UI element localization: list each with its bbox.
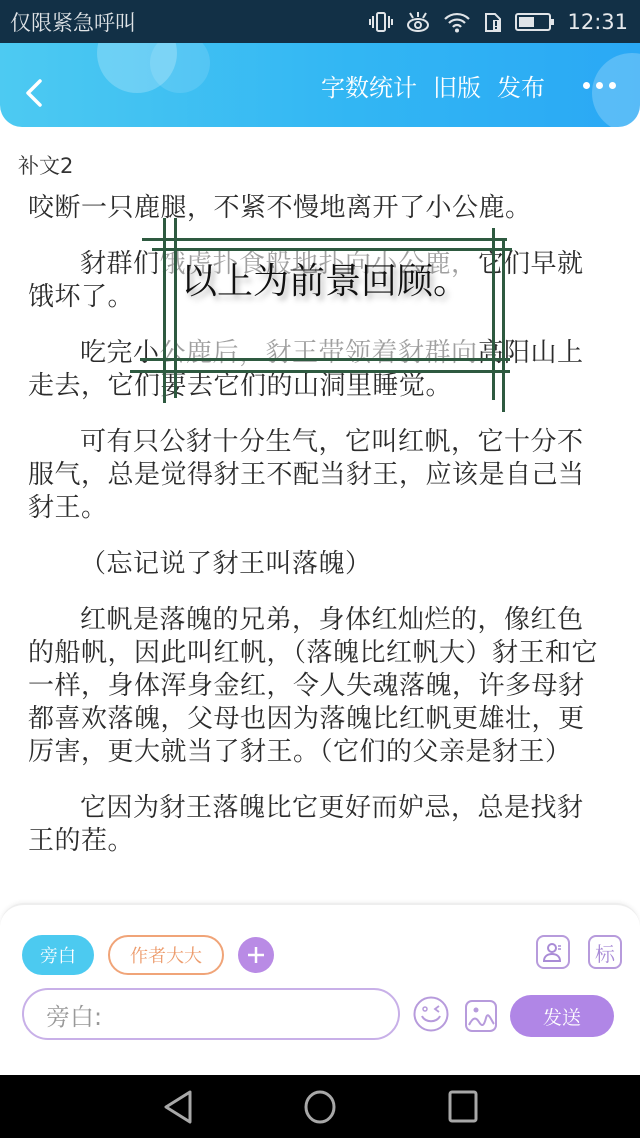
paragraph: 豺群们饿虎扑食般地扑向小公鹿，它们早就饿坏了。 <box>28 248 598 314</box>
chapter-content[interactable]: 咬断一只鹿腿，不紧不慢地离开了小公鹿。 豺群们饿虎扑食般地扑向小公鹿，它们早就饿… <box>28 190 598 902</box>
word-count-button[interactable]: 字数统计 <box>321 68 417 103</box>
status-icons: 12:31 <box>369 10 628 34</box>
header-actions: 字数统计 旧版 发布 <box>321 43 640 127</box>
carrier-text: 仅限紧急呼叫 <box>10 7 136 37</box>
role-selector: 旁白 作者大大 <box>22 935 274 975</box>
wifi-icon <box>443 11 471 33</box>
system-nav-bar <box>0 1075 640 1138</box>
add-role-button[interactable] <box>238 937 274 973</box>
role-chip-author[interactable]: 作者大大 <box>108 935 224 975</box>
tool-icons: 标 <box>536 935 622 969</box>
top-app-bar: 字数统计 旧版 发布 <box>0 43 640 127</box>
role-chip-narrator[interactable]: 旁白 <box>22 935 94 975</box>
send-button[interactable]: 发送 <box>510 995 614 1037</box>
dialogue-input[interactable]: 旁白: <box>22 988 400 1040</box>
paragraph: 红帆是落魄的兄弟，身体红灿烂的，像红色的船帆，因此叫红帆，（落魄比红帆大）豺王和… <box>28 604 598 769</box>
paragraph: 吃完小公鹿后，豺王带领着豺群向高阳山上走去，它们要去它们的山洞里睡觉。 <box>28 337 598 403</box>
input-placeholder: 旁白: <box>46 997 102 1032</box>
status-bar: 仅限紧急呼叫 12:31 <box>0 0 640 43</box>
nav-recents-button[interactable] <box>448 1089 478 1129</box>
sim-alert-icon <box>483 11 503 33</box>
mark-icon: 标 <box>595 938 615 967</box>
clock: 12:31 <box>567 10 628 34</box>
mark-button[interactable]: 标 <box>588 935 622 969</box>
eye-comfort-icon <box>405 11 431 33</box>
emoji-button[interactable] <box>412 995 450 1033</box>
image-icon <box>464 999 498 1033</box>
dialogue-input-panel: 旁白 作者大大 标 旁白: 发送 <box>0 903 640 1075</box>
paragraph: 它因为豺王落魄比它更好而妒忌，总是找豺王的茬。 <box>28 792 598 858</box>
recents-square-icon <box>448 1089 478 1125</box>
nav-back-button[interactable] <box>162 1089 194 1129</box>
battery-icon <box>515 12 555 32</box>
back-triangle-icon <box>162 1089 194 1125</box>
plus-icon <box>246 945 266 965</box>
nav-home-button[interactable] <box>303 1089 337 1129</box>
chapter-title[interactable]: 补文2 <box>18 150 73 180</box>
paragraph: 咬断一只鹿腿，不紧不慢地离开了小公鹿。 <box>28 192 598 225</box>
character-card-icon <box>541 940 565 964</box>
publish-button[interactable]: 发布 <box>497 68 545 103</box>
chevron-left-icon <box>20 73 50 113</box>
paragraph: 可有只公豺十分生气，它叫红帆，它十分不服气，总是觉得豺王不配当豺王，应该是自己当… <box>28 426 598 525</box>
vibrate-icon <box>369 11 393 33</box>
back-button[interactable] <box>20 73 50 113</box>
paragraph: （忘记说了豺王叫落魄） <box>28 548 598 581</box>
home-circle-icon <box>303 1089 337 1125</box>
emoji-icon <box>412 995 450 1033</box>
old-version-button[interactable]: 旧版 <box>433 68 481 103</box>
image-button[interactable] <box>464 999 498 1033</box>
character-card-button[interactable] <box>536 935 570 969</box>
more-dots-icon[interactable] <box>583 82 616 89</box>
